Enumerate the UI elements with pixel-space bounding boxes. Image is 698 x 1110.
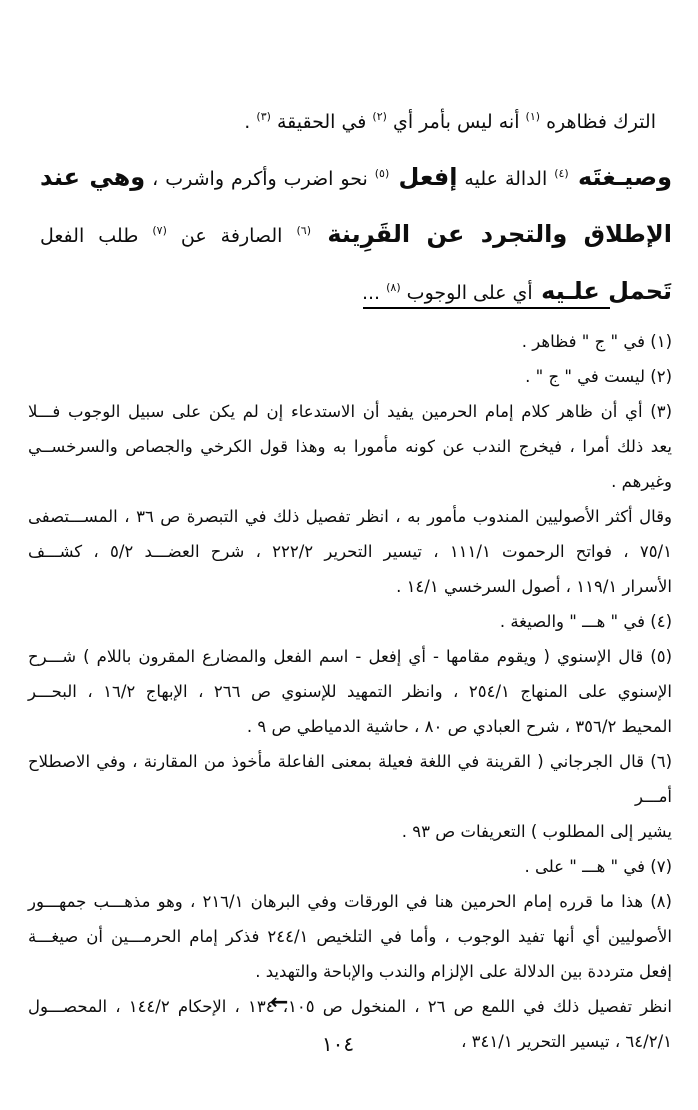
footnote-line: وقال أكثر الأصوليين المندوب مأمور به ، ا…	[28, 499, 672, 534]
footnote-line: (٢) ليست في " ج " .	[28, 359, 672, 394]
text-segment: نحو اضرب وأكرم واشرب ،	[145, 168, 375, 190]
footnote-ref-superscript: (١)	[526, 110, 541, 123]
footnote-line: وغيرهم .	[28, 464, 672, 499]
footnote-ref-superscript: (٣)	[256, 110, 271, 123]
main-text-block: الترك فظاهره (١) أنه ليس بأمر أي (٢) في …	[40, 96, 672, 322]
footnote-ref-superscript: (٨)	[386, 281, 401, 294]
text-segment: أنه ليس بأمر أي	[387, 111, 526, 133]
footnotes-block: (١) في " ج " فظاهر . (٢) ليست في " ج " .…	[28, 324, 672, 1059]
text-segment: ...	[362, 282, 386, 304]
footnote-line: يشير إلى المطلوب ) التعريفات ص ٩٣ .	[28, 814, 672, 849]
footnote-ref-superscript: (٥)	[375, 167, 390, 180]
emphasized-text-segment: تَحمل علـيه	[533, 277, 672, 305]
footnote-line: ٧٥/١ ، فواتح الرحموت ١١١/١ ، تيسير التحر…	[28, 534, 672, 569]
footnote-ref-superscript: (٤)	[554, 167, 569, 180]
main-text-line: وصيـغتَه (٤) الدالة عليه إفعل (٥) نحو اض…	[40, 151, 672, 208]
main-text-line: تَحمل علـيه أي على الوجوب (٨) ...	[40, 265, 672, 322]
footnote-line: الإسنوي على المنهاج ٢٥٤/١ ، وانظر التمهي…	[28, 674, 672, 709]
emphasized-text-segment: وهي عند	[40, 163, 145, 191]
footnote-line: (١) في " ج " فظاهر .	[28, 324, 672, 359]
footnote-ref-superscript: (٧)	[152, 224, 167, 237]
emphasized-text-segment: وصيـغتَه	[569, 163, 672, 191]
footnote-ref-superscript: (٦)	[296, 224, 311, 237]
footnote-line: الأصوليين أي أنها تفيد الوجوب ، وأما في …	[28, 919, 672, 954]
page-number: ١٠٤	[0, 1032, 676, 1056]
footnote-line: (٣) أي أن ظاهر كلام إمام الحرمين يفيد أن…	[28, 394, 672, 429]
footnote-line: (٨) هذا ما قرره إمام الحرمين هنا في الور…	[28, 884, 672, 919]
footnote-line: (٤) في " هـــ " والصيغة .	[28, 604, 672, 639]
footnote-line: المحيط ٣٥٦/٢ ، شرح العبادي ص ٨٠ ، حاشية …	[28, 709, 672, 744]
text-segment: الدالة عليه	[457, 168, 554, 190]
emphasized-text-segment: الإطلاق والتجرد عن القَرِينة	[311, 220, 672, 248]
text-segment: الترك فظاهره	[540, 111, 656, 133]
footnote-ref-superscript: (٢)	[372, 110, 387, 123]
text-segment: الصارفة عن	[167, 225, 297, 247]
footnote-line: (٧) في " هـــ " على .	[28, 849, 672, 884]
footnote-separator	[363, 307, 610, 309]
text-segment: طلب الفعل	[40, 225, 152, 247]
footnote-line: انظر تفصيل ذلك في اللمع ص ٢٦ ، المنخول ص…	[28, 989, 672, 1024]
scanned-book-page: الترك فظاهره (١) أنه ليس بأمر أي (٢) في …	[0, 0, 698, 1110]
continuation-arrow-icon: ←	[270, 990, 288, 1015]
footnote-line: الأسرار ١١٩/١ ، أصول السرخسي ١٤/١ .	[28, 569, 672, 604]
text-segment: أي على الوجوب	[401, 282, 533, 304]
footnote-line: (٦) قال الجرجاني ( القرينة في اللغة فعيل…	[28, 744, 672, 814]
text-segment: في الحقيقة	[271, 111, 373, 133]
main-text-line: الإطلاق والتجرد عن القَرِينة (٦) الصارفة…	[40, 208, 672, 265]
emphasized-text-segment: إفعل	[389, 163, 457, 191]
text-segment: .	[244, 111, 256, 133]
footnote-line: يعد ذلك أمرا ، فيخرج الندب عن كونه مأمور…	[28, 429, 672, 464]
footnote-line: إفعل مترددة بين الدلالة على الإلزام والن…	[28, 954, 672, 989]
main-text-line: الترك فظاهره (١) أنه ليس بأمر أي (٢) في …	[40, 96, 672, 151]
footnote-line: (٥) قال الإسنوي ( ويقوم مقامها - أي إفعل…	[28, 639, 672, 674]
